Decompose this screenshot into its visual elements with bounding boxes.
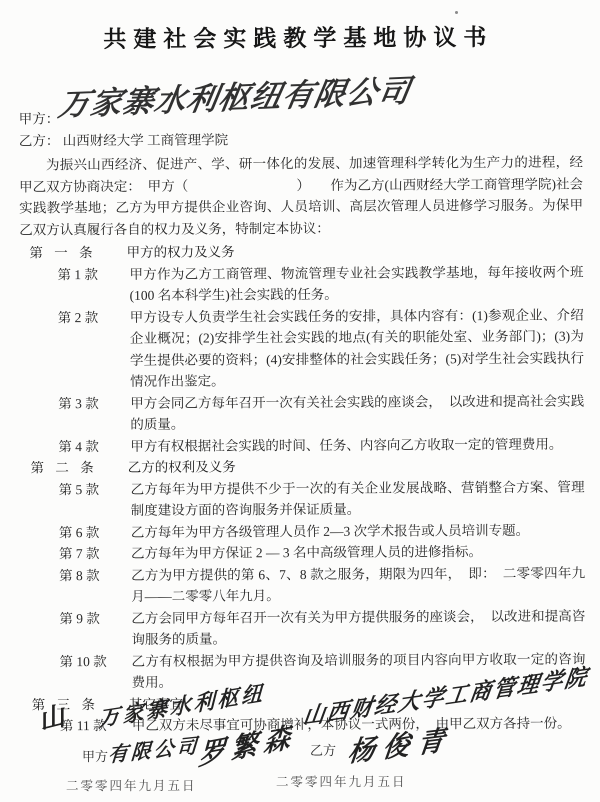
party-a-date: 二零零四年九月五日 xyxy=(66,776,197,794)
clause-5-text: 乙方每年为甲方提供不少于一次的有关企业发展战略、营销整合方案、管理制度建设方面的… xyxy=(131,476,585,521)
party-b-signature: 杨俊青 xyxy=(346,717,455,770)
scanned-agreement-page: 共建社会实践教学基地协议书 甲方： 万家寨水利枢纽有限公司 乙方： 山西财经大学… xyxy=(0,0,600,802)
clause-4: 第 4 款 甲方有权根据社会实践的时间、任务、内容向乙方收取一定的管理费用。 xyxy=(58,433,584,457)
party-a-signature-label: 甲方 xyxy=(82,746,108,765)
section-2-heading: 第 二 条 乙方的权利及义务 xyxy=(30,455,584,479)
clause-8: 第 8 款 乙方为甲方提供的第 6、7、8 款之服务，期限为四年， 即： 二零零… xyxy=(59,562,585,608)
party-b-label: 乙方： xyxy=(19,133,60,148)
document-title: 共建社会实践教学基地协议书 xyxy=(0,18,598,54)
clause-7: 第 7 款 乙方每年为甲方保证 2 — 3 名中高级管理人员的进修指标。 xyxy=(59,541,585,565)
party-b-row: 乙方： 山西财经大学 工商管理学院 xyxy=(19,128,581,153)
clause-9-number: 第 9 款 xyxy=(59,607,115,650)
clause-1-number: 第 1 款 xyxy=(57,263,113,306)
clause-3-text: 甲方会同乙方每年召开一次有关社会实践的座谈会， 以改进和提高社会实践的质量。 xyxy=(130,390,584,435)
clause-5: 第 5 款 乙方每年为甲方提供不少于一次的有关企业发展战略、营销整合方案、管理制… xyxy=(59,476,585,522)
section-1-heading: 第 一 条 甲方的权力及义务 xyxy=(29,240,583,264)
section-2-number: 第 二 条 xyxy=(30,457,97,479)
clause-1-text: 甲方作为乙方工商管理、物流管理专业社会实践教学基地，每年接收两个班(100 名本… xyxy=(129,261,583,306)
party-b-date: 二零零四年九月五日 xyxy=(276,772,407,790)
clause-2-number: 第 2 款 xyxy=(58,306,114,392)
clause-7-text: 乙方每年为甲方保证 2 — 3 名中高级管理人员的进修指标。 xyxy=(131,541,585,565)
clause-4-text: 甲方有权根据社会实践的时间、任务、内容向乙方收取一定的管理费用。 xyxy=(130,433,584,457)
clause-9-text: 乙方会同甲方每年召开一次有关为甲方提供服务的座谈会， 以改进和提高咨询服务的质量… xyxy=(131,605,585,650)
clause-4-number: 第 4 款 xyxy=(58,435,114,457)
clause-5-number: 第 5 款 xyxy=(59,478,115,521)
party-a-handwriting-line2: 有限公司 xyxy=(107,729,201,768)
parties-block: 甲方： 万家寨水利枢纽有限公司 乙方： 山西财经大学 工商管理学院 xyxy=(19,106,581,153)
clause-6-text: 乙方每年为甲方各级管理人员作 2—3 次学术报告或人员培训专题。 xyxy=(131,519,585,543)
party-a-handwriting-mark: 山 xyxy=(34,695,68,737)
clause-2: 第 2 款 甲方设专人负责学生社会实践任务的安排，具体内容有：(1)参观企业、介… xyxy=(58,304,584,393)
clause-8-number: 第 8 款 xyxy=(59,564,115,607)
party-b-signature-label: 乙方 xyxy=(310,740,336,759)
document-content: 共建社会实践教学基地协议书 甲方： 万家寨水利枢纽有限公司 乙方： 山西财经大学… xyxy=(0,0,600,737)
party-a-handwritten-name: 万家寨水利枢纽有限公司 xyxy=(57,80,413,116)
section-1-title: 甲方的权力及义务 xyxy=(127,241,235,263)
clause-9: 第 9 款 乙方会同甲方每年召开一次有关为甲方提供服务的座谈会， 以改进和提高咨… xyxy=(59,605,585,651)
party-b-name: 山西财经大学 工商管理学院 xyxy=(63,132,228,148)
clause-8-text: 乙方为甲方提供的第 6、7、8 款之服务，期限为四年， 即： 二零零四年九月——… xyxy=(131,562,585,607)
clause-3: 第 3 款 甲方会同乙方每年召开一次有关社会实践的座谈会， 以改进和提高社会实践… xyxy=(58,390,584,436)
section-1-number: 第 一 条 xyxy=(29,242,96,264)
party-a-row: 甲方： 万家寨水利枢纽有限公司 xyxy=(19,106,581,131)
section-2-title: 乙方的权利及义务 xyxy=(128,456,236,478)
clause-7-number: 第 7 款 xyxy=(59,543,115,565)
clause-2-text: 甲方设专人负责学生社会实践任务的安排，具体内容有：(1)参观企业、介绍企业概况；… xyxy=(130,304,584,392)
intro-paragraph: 为振兴山西经济、促进产、学、研一体化的发展、加速管理科学转化为生产力的进程，经甲… xyxy=(19,152,583,241)
party-a-label: 甲方： xyxy=(19,111,60,126)
party-a-signature: 罗繁森 xyxy=(198,714,297,773)
signature-area: 山 万家寨水利枢纽 有限公司 罗繁森 甲方 二零零四年九月五日 山西财经大学工商… xyxy=(0,676,600,802)
clause-6-number: 第 6 款 xyxy=(59,521,115,543)
articles-block: 第 一 条 甲方的权力及义务 第 1 款 甲方作为乙方工商管理、物流管理专业社会… xyxy=(19,240,586,737)
clause-1: 第 1 款 甲方作为乙方工商管理、物流管理专业社会实践教学基地，每年接收两个班(… xyxy=(57,261,583,307)
clause-6: 第 6 款 乙方每年为甲方各级管理人员作 2—3 次学术报告或人员培训专题。 xyxy=(59,519,585,543)
clause-3-number: 第 3 款 xyxy=(58,392,114,435)
